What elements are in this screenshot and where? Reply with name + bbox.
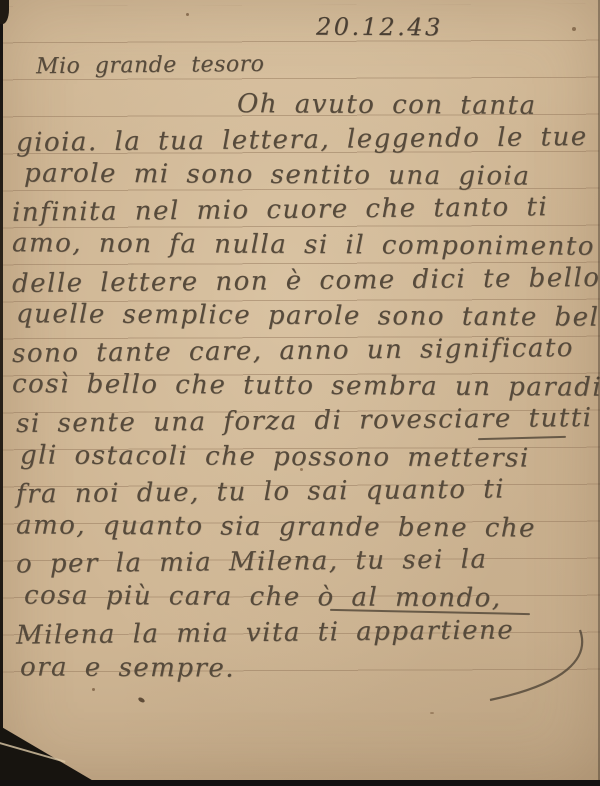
paper-fleck [186,13,189,16]
letter-line: si sente una forza di rovesciare tutti [16,404,593,438]
letter-line: delle lettere non è come dici te bello [12,264,600,298]
letter-line: amo, quanto sia grande bene che [16,511,536,542]
letter-line: sono tante care, anno un significato [12,334,574,368]
letter-line: o per la mia Milena, tu sei la [16,546,488,579]
paper-fleck [506,182,509,184]
letter-line: Oh avuto con tanta [237,90,537,120]
letter-line: cosa più cara che ò al mondo, [24,582,502,613]
ink-tail-flourish [468,626,588,706]
handwritten-letter-scan: 20.12.43 Mio grande tesoro Oh avuto con … [0,0,600,786]
paper-fleck [300,468,303,471]
letter-line: ora e sempre. [20,653,235,682]
letter-line: quelle semplice parole sono tante belle [16,300,600,332]
letter-salutation: Mio grande tesoro [36,51,265,81]
letter-line: Milena la mia vita ti appartiene [16,616,514,649]
letter-line: così bello che tutto sembra un paradiso [12,370,600,402]
letter-line: gli ostacoli che possono mettersi [20,441,530,472]
paper-fleck [430,712,434,714]
letter-line: amo, non fa nulla si il componimento [12,229,595,261]
scan-edge-left [0,0,3,786]
paper-fleck [572,27,576,31]
letter-line: infinita nel mio cuore che tanto ti [12,193,548,227]
scan-edge-bottom [0,780,600,786]
letter-line: fra noi due, tu lo sai quanto ti [16,475,505,508]
letter-line: gioia. la tua lettera, leggendo le tue [16,123,588,157]
letter-line: parole mi sono sentito una gioia [24,159,531,190]
paper-fleck [92,688,95,691]
letter-date: 20.12.43 [316,13,443,42]
